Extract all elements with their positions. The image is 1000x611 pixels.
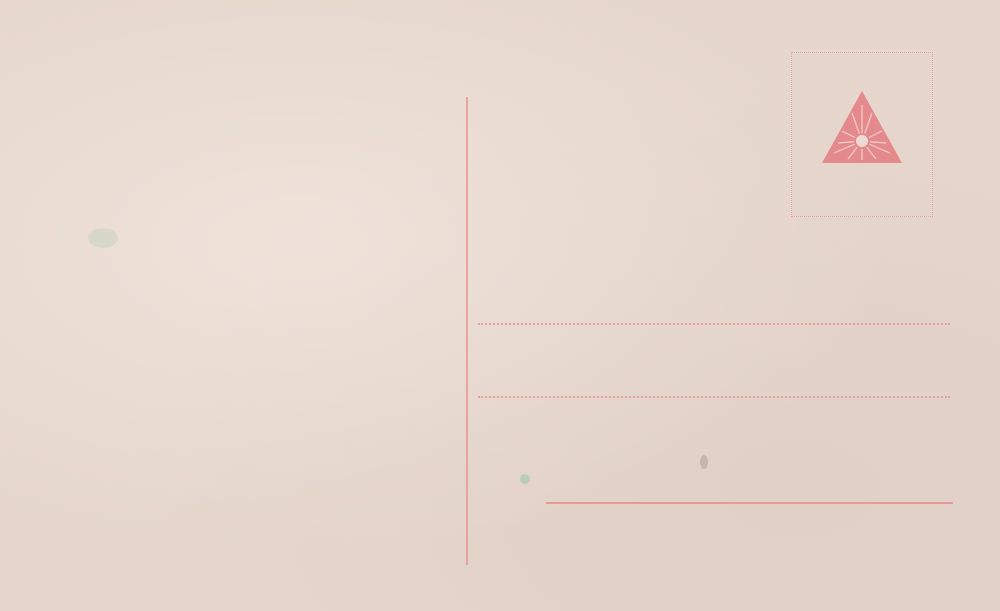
- triangle-sunburst-icon: [822, 91, 902, 163]
- paper-speck: [700, 455, 708, 469]
- address-line-1: [478, 323, 950, 325]
- address-line-3: [546, 502, 953, 504]
- address-line-2: [478, 396, 950, 398]
- postcard-back: [0, 0, 1000, 611]
- center-divider-line: [466, 97, 468, 565]
- paper-speck: [88, 228, 118, 248]
- paper-speck: [520, 474, 530, 484]
